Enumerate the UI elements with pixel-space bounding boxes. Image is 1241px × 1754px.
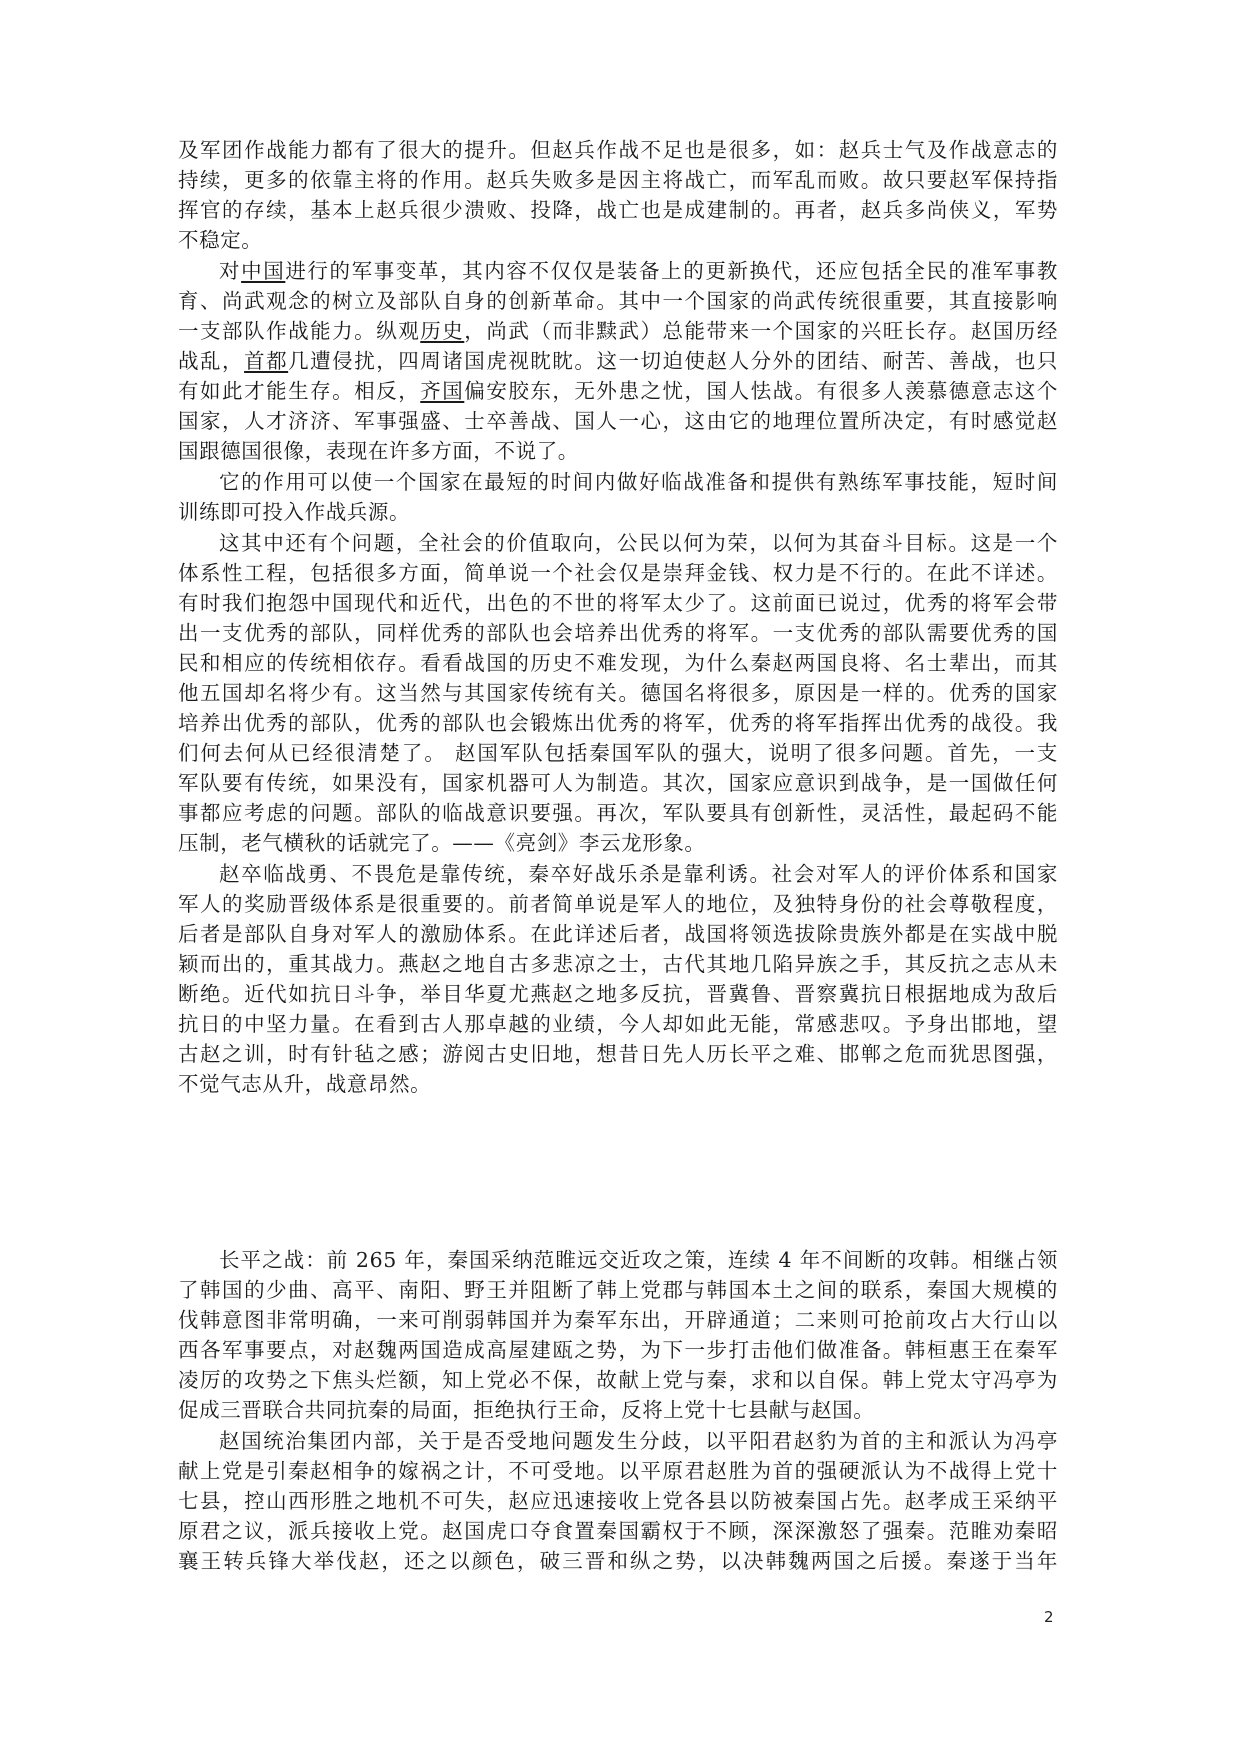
text-fragment: 一支部队作战能力。纵观 <box>178 319 420 343</box>
text-line: 对中国进行的军事变革，其内容不仅仅是装备上的更新换代，还应包括全民的准军事教 <box>219 256 1058 286</box>
text-line: 襄王转兵锋大举伐赵，还之以颜色，破三晋和纵之势，以决韩魏两国之后援。秦遂于当年 <box>178 1546 1058 1576</box>
page-number: 2 <box>1044 1608 1054 1626</box>
text-line: 古赵之训，时有针毡之感；游阅古史旧地，想昔日先人历长平之难、邯郸之危而犹思图强， <box>178 1039 1058 1069</box>
text-line: 民和相应的传统相依存。看看战国的历史不难发现，为什么秦赵两国良将、名士辈出，而其 <box>178 648 1058 678</box>
text-line: 它的作用可以使一个国家在最短的时间内做好临战准备和提供有熟练军事技能，短时间 <box>219 467 1058 497</box>
text-line: 伐韩意图非常明确，一来可削弱韩国并为秦军东出，开辟通道；二来则可抢前攻占大行山以 <box>178 1305 1058 1335</box>
text-line: 赵国统治集团内部，关于是否受地问题发生分歧，以平阳君赵豹为首的主和派认为冯亭 <box>219 1426 1058 1456</box>
text-line: 献上党是引秦赵相争的嫁祸之计，不可受地。以平原君赵胜为首的强硬派认为不战得上党十 <box>178 1456 1058 1486</box>
text-line: 出一支优秀的部队，同样优秀的部队也会培养出优秀的将军。一支优秀的部队需要优秀的国 <box>178 618 1058 648</box>
text-line: 战乱，首都几遭侵扰，四周诸国虎视眈眈。这一切迫使赵人分外的团结、耐苦、善战，也只 <box>178 346 1058 376</box>
text-line: 育、尚武观念的树立及部队自身的创新革命。其中一个国家的尚武传统很重要，其直接影响 <box>178 286 1058 316</box>
text-line: 军人的奖励晋级体系是很重要的。前者简单说是军人的地位，及独特身份的社会尊敬程度， <box>178 889 1058 919</box>
text-line: 国家，人才济济、军事强盛、士卒善战、国人一心，这由它的地理位置所决定，有时感觉赵 <box>178 406 1058 436</box>
text-line: 挥官的存续，基本上赵兵很少溃败、投降，战亡也是成建制的。再者，赵兵多尚侠义，军势 <box>178 195 1058 225</box>
text-line: 军队要有传统，如果没有，国家机器可人为制造。其次，国家应意识到战争，是一国做任何 <box>178 768 1058 798</box>
link-history[interactable]: 历史 <box>420 319 464 343</box>
text-line: 西各军事要点，对赵魏两国造成高屋建瓯之势，为下一步打击他们做准备。韩桓惠王在秦军 <box>178 1335 1058 1365</box>
text-line: 们何去何从已经很清楚了。 赵国军队包括秦国军队的强大，说明了很多问题。首先，一支 <box>178 738 1058 768</box>
text-line: 赵卒临战勇、不畏危是靠传统，秦卒好战乐杀是靠利诱。社会对军人的评价体系和国家 <box>219 859 1058 889</box>
text-line: 这其中还有个问题，全社会的价值取向，公民以何为荣，以何为其奋斗目标。这是一个 <box>219 528 1058 558</box>
text-line: 有时我们抱怨中国现代和近代，出色的不世的将军太少了。这前面已说过，优秀的将军会带 <box>178 588 1058 618</box>
text-line: 持续，更多的依靠主将的作用。赵兵失败多是因主将战亡，而军乱而败。故只要赵军保持指 <box>178 165 1058 195</box>
text-line: 断绝。近代如抗日斗争，举目华夏尤燕赵之地多反抗，晋冀鲁、晋察冀抗日根据地成为敌后 <box>178 979 1058 1009</box>
text-line: 训练即可投入作战兵源。 <box>178 497 1058 527</box>
text-line: 体系性工程，包括很多方面，简单说一个社会仅是崇拜金钱、权力是不行的。在此不详述。 <box>178 558 1058 588</box>
text-line: 压制，老气横秋的话就完了。——《亮剑》李云龙形象。 <box>178 828 1058 858</box>
text-line: 事都应考虑的问题。部队的临战意识要强。再次，军队要具有创新性，灵活性，最起码不能 <box>178 798 1058 828</box>
text-fragment: ，尚武（而非黩武）总能带来一个国家的兴旺长存。赵国历经 <box>464 319 1058 343</box>
text-line: 凌厉的攻势之下焦头烂额，知上党必不保，故献上党与秦，求和以自保。韩上党太守冯亭为 <box>178 1365 1058 1395</box>
text-fragment: 几遭侵扰，四周诸国虎视眈眈。这一切迫使赵人分外的团结、耐苦、善战，也只 <box>288 349 1058 373</box>
text-line: 后者是部队自身对军人的激励体系。在此详述后者，战国将领选拔除贵族外都是在实战中脱 <box>178 919 1058 949</box>
text-fragment: 偏安胶东，无外患之忧，国人怯战。有很多人羡慕德意志这个 <box>464 379 1058 403</box>
text-line: 有如此才能生存。相反，齐国偏安胶东，无外患之忧，国人怯战。有很多人羡慕德意志这个 <box>178 376 1058 406</box>
text-line: 颖而出的，重其战力。燕赵之地自古多悲凉之士，古代其地几陷异族之手，其反抗之志从未 <box>178 949 1058 979</box>
text-line: 长平之战：前 265 年，秦国采纳范睢远交近攻之策，连续 4 年不间断的攻韩。相… <box>219 1245 1058 1275</box>
link-capital[interactable]: 首都 <box>244 349 288 373</box>
text-line: 及军团作战能力都有了很大的提升。但赵兵作战不足也是很多，如：赵兵士气及作战意志的 <box>178 135 1058 165</box>
text-fragment: 进行的军事变革，其内容不仅仅是装备上的更新换代，还应包括全民的准军事教 <box>285 259 1058 283</box>
text-line: 国跟德国很像，表现在许多方面，不说了。 <box>178 436 1058 466</box>
text-line: 培养出优秀的部队，优秀的部队也会锻炼出优秀的将军，优秀的将军指挥出优秀的战役。我 <box>178 708 1058 738</box>
text-line: 一支部队作战能力。纵观历史，尚武（而非黩武）总能带来一个国家的兴旺长存。赵国历经 <box>178 316 1058 346</box>
text-line: 抗日的中坚力量。在看到古人那卓越的业绩，今人却如此无能，常感悲叹。予身出邯地，望 <box>178 1009 1058 1039</box>
document-page: 及军团作战能力都有了很大的提升。但赵兵作战不足也是很多，如：赵兵士气及作战意志的… <box>0 0 1241 1754</box>
text-fragment: 有如此才能生存。相反， <box>178 379 420 403</box>
text-line: 了韩国的少曲、高平、南阳、野王并阻断了韩上党郡与韩国本土之间的联系，秦国大规模的 <box>178 1275 1058 1305</box>
text-fragment: 战乱， <box>178 349 244 373</box>
link-qi-state[interactable]: 齐国 <box>420 379 464 403</box>
link-china[interactable]: 中国 <box>241 259 285 283</box>
text-line: 原君之议，派兵接收上党。赵国虎口夺食置秦国霸权于不顾，深深激怒了强秦。范睢劝秦昭 <box>178 1516 1058 1546</box>
text-fragment: 对 <box>219 259 241 283</box>
text-line: 不觉气志从升，战意昂然。 <box>178 1069 1058 1099</box>
text-line: 七县，控山西形胜之地机不可失，赵应迅速接收上党各县以防被秦国占先。赵孝成王采纳平 <box>178 1486 1058 1516</box>
text-line: 不稳定。 <box>178 225 1058 255</box>
text-line: 他五国却名将少有。这当然与其国家传统有关。德国名将很多，原因是一样的。优秀的国家 <box>178 678 1058 708</box>
text-line: 促成三晋联合共同抗秦的局面，拒绝执行王命，反将上党十七县献与赵国。 <box>178 1395 1058 1425</box>
